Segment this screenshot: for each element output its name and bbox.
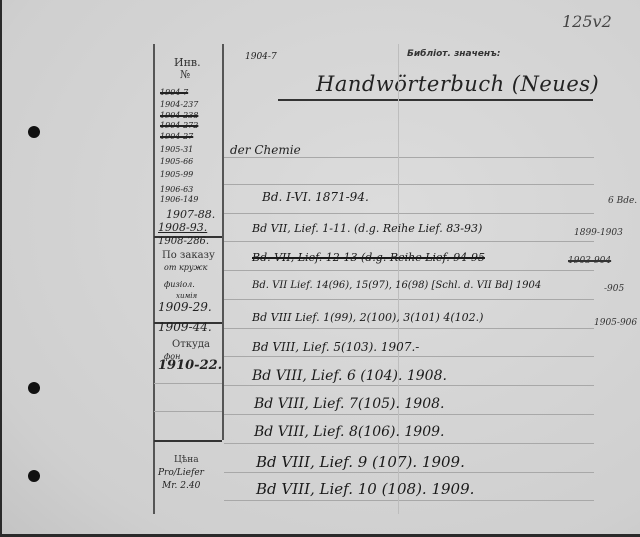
volume-entry-date: 1905-906 (594, 318, 637, 328)
inventory-number: 1906-63 (160, 185, 193, 194)
title-line-2: der Chemie (230, 143, 301, 157)
inventory-number: 1904-272 (160, 121, 198, 130)
rule-line (224, 299, 594, 300)
volume-entry: Bd VIII, Lief. 5(103). 1907.- (252, 340, 419, 354)
no-label: № (180, 68, 190, 81)
volume-entry: Bd VII, Lief. 1-11. (d.g. Reihe Lief. 83… (252, 222, 482, 235)
inventory-number: 1908-93. (158, 221, 207, 234)
rule-line (224, 472, 594, 473)
inventory-number: 1909-29. (158, 300, 212, 314)
rule-line (224, 385, 594, 386)
inventory-number: 1907-88. (166, 208, 215, 221)
corner-number: 125v2 (562, 12, 612, 31)
header-left-note: 1904-7 (245, 52, 277, 62)
volume-entry: Bd. I-VI. 1871-94. (262, 190, 369, 204)
price-label: Цѣна (174, 455, 199, 465)
volume-entry: Bd VIII, Lief. 6 (104). 1908. (252, 368, 447, 384)
punch-hole-top (28, 126, 40, 138)
rule-line (224, 414, 594, 415)
title-underline (278, 99, 593, 101)
punch-hole-middle (28, 382, 40, 394)
source-number: 1910-22. (158, 358, 222, 373)
inventory-number: 1904-27 (160, 132, 193, 141)
volume-entry: Bd. VII, Lief. 12-13 (d.g. Reihe Lief. 9… (252, 251, 485, 264)
inventory-number: 1908-286. (158, 236, 209, 247)
rule-line (224, 213, 594, 214)
divider (154, 440, 222, 442)
volume-entry: Bd VIII, Lief. 10 (108). 1909. (256, 480, 474, 498)
rule-line (224, 241, 594, 242)
volume-entry: Bd. VII Lief. 14(96), 15(97), 16(98) [Sc… (252, 280, 541, 291)
inventory-number: 1905-66 (160, 157, 193, 166)
inventory-number: 1906-149 (160, 195, 198, 204)
left-column-border-left (153, 44, 155, 514)
rule-line (224, 443, 594, 444)
inventory-number: 1905-99 (160, 170, 193, 179)
rule-line (224, 184, 594, 185)
inventory-number: 1904-237 (160, 100, 198, 109)
divider (154, 411, 222, 412)
rule-line (224, 500, 594, 501)
inventory-number: 1904-238 (160, 111, 198, 120)
faint-vertical-rule (398, 44, 399, 514)
order-line: химія (176, 292, 197, 300)
rule-line (224, 270, 594, 271)
volume-entry: Bd VIII, Lief. 7(105). 1908. (254, 396, 444, 412)
price-line: Mr. 2.40 (162, 481, 200, 491)
volume-entry: Bd VIII, Lief. 8(106). 1909. (254, 424, 444, 440)
divider (154, 383, 222, 384)
punch-hole-bottom (28, 470, 40, 482)
rule-line (224, 157, 594, 158)
volume-entry-date: 6 Bde. (608, 196, 637, 206)
left-column-border-right (222, 44, 224, 440)
order-line: физіол. (164, 280, 195, 289)
order-label: По заказу (162, 250, 215, 261)
volume-entry-date: 1903-904 (568, 256, 611, 266)
volume-entry: Bd VIII, Lief. 9 (107). 1909. (256, 453, 465, 471)
source-label: Откуда (172, 339, 210, 350)
order-line: от кружк (164, 263, 207, 272)
inventory-number: 1904-7 (160, 88, 188, 97)
volume-entry: Bd VIII Lief. 1(99), 2(100), 3(101) 4(10… (252, 311, 483, 324)
library-label: Библіот. значенъ: (407, 49, 500, 59)
inventory-number: 1905-31 (160, 145, 193, 154)
price-line: Pro/Liefer (158, 468, 204, 478)
title-line-1: Handwörterbuch (Neues) (316, 72, 599, 96)
volume-entry-date: 1899-1903 (574, 228, 623, 238)
rule-line (224, 328, 594, 329)
volume-entry-date: -905 (604, 284, 624, 294)
catalog-card: 125v2 Инв. № 1904-7 1904-237 1904-238 19… (2, 0, 640, 534)
rule-line (224, 356, 594, 357)
inventory-number: 1909-44. (158, 320, 212, 334)
